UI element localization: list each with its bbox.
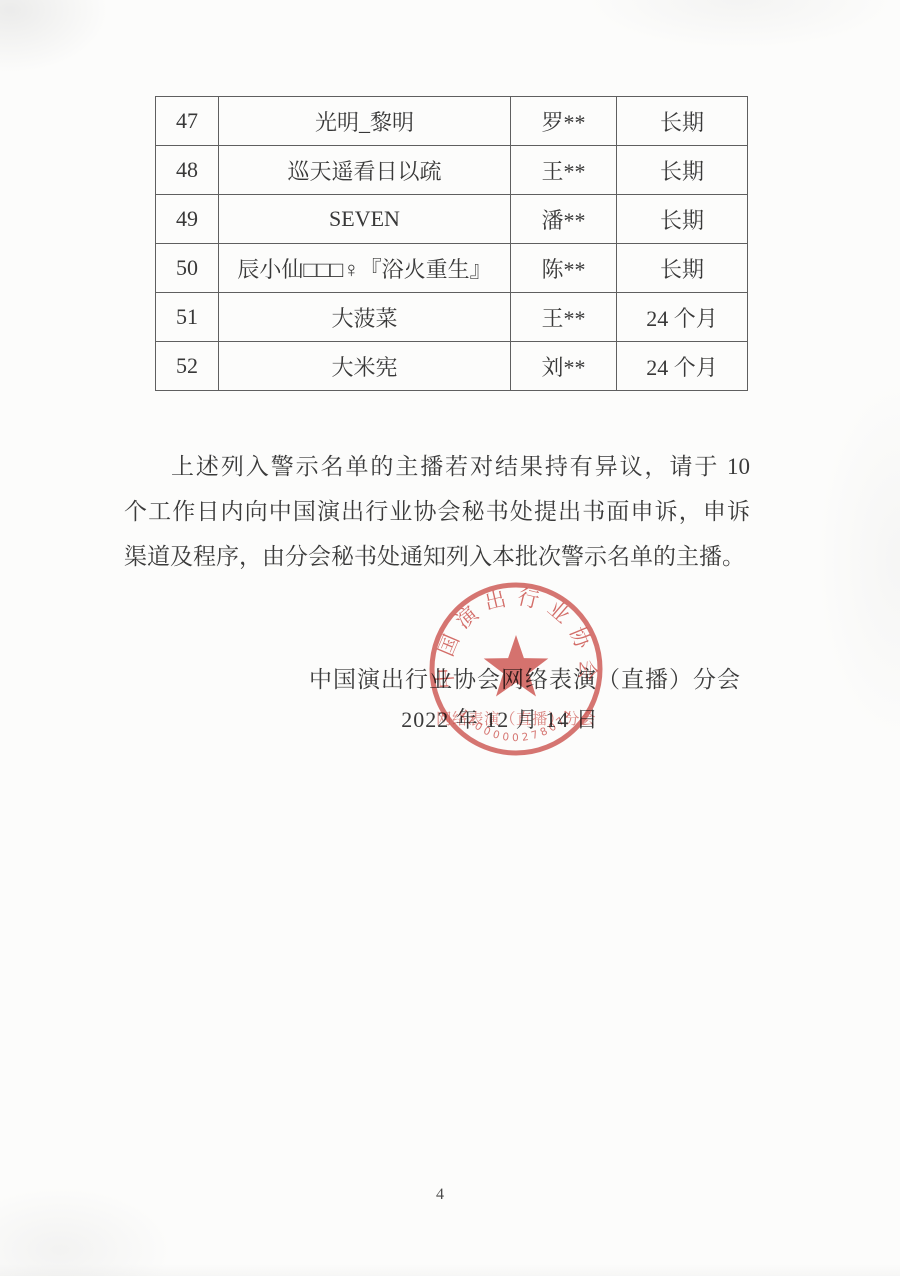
cell-number: 51 xyxy=(156,293,219,342)
cell-duration: 长期 xyxy=(617,244,748,293)
warning-table-body: 47 光明_黎明 罗** 长期 48 巡天遥看日以疏 王** 长期 49 SEV… xyxy=(156,97,748,391)
cell-number: 49 xyxy=(156,195,219,244)
cell-duration: 长期 xyxy=(617,195,748,244)
cell-nickname: 巡天遥看日以疏 xyxy=(219,146,511,195)
table-row: 49 SEVEN 潘** 长期 xyxy=(156,195,748,244)
cell-name: 潘** xyxy=(511,195,617,244)
warning-list-table: 47 光明_黎明 罗** 长期 48 巡天遥看日以疏 王** 长期 49 SEV… xyxy=(155,96,748,391)
page-number: 4 xyxy=(0,1186,880,1204)
cell-number: 50 xyxy=(156,244,219,293)
cell-number: 52 xyxy=(156,342,219,391)
appeal-line: 渠道及程序，由分会秘书处通知列入本批次警示名单的主播。 xyxy=(124,534,750,579)
cell-nickname: SEVEN xyxy=(219,195,511,244)
cell-name: 王** xyxy=(511,146,617,195)
cell-number: 48 xyxy=(156,146,219,195)
table-row: 48 巡天遥看日以疏 王** 长期 xyxy=(156,146,748,195)
cell-name: 王** xyxy=(511,293,617,342)
table-row: 52 大米宪 刘** 24 个月 xyxy=(156,342,748,391)
cell-name: 刘** xyxy=(511,342,617,391)
cell-nickname: 大米宪 xyxy=(219,342,511,391)
cell-duration: 24 个月 xyxy=(617,342,748,391)
table-row: 51 大菠菜 王** 24 个月 xyxy=(156,293,748,342)
table-row: 47 光明_黎明 罗** 长期 xyxy=(156,97,748,146)
table-row: 50 辰小仙□□□♀『浴火重生』 陈** 长期 xyxy=(156,244,748,293)
seal-star-icon xyxy=(484,635,549,697)
appeal-paragraph: 上述列入警示名单的主播若对结果持有异议，请于 10 个工作日内向中国演出行业协会… xyxy=(124,444,750,579)
appeal-line: 个工作日内向中国演出行业协会秘书处提出书面申诉，申诉 xyxy=(124,489,750,534)
cell-nickname: 大菠菜 xyxy=(219,293,511,342)
document-page: 47 光明_黎明 罗** 长期 48 巡天遥看日以疏 王** 长期 49 SEV… xyxy=(0,0,900,1276)
cell-duration: 长期 xyxy=(617,146,748,195)
cell-name: 陈** xyxy=(511,244,617,293)
cell-nickname: 辰小仙□□□♀『浴火重生』 xyxy=(219,244,511,293)
cell-nickname: 光明_黎明 xyxy=(219,97,511,146)
cell-name: 罗** xyxy=(511,97,617,146)
official-seal: 中国演出行业协会 网络表演（直播）分会 1100000278074 xyxy=(428,581,604,757)
cell-duration: 24 个月 xyxy=(617,293,748,342)
cell-number: 47 xyxy=(156,97,219,146)
cell-duration: 长期 xyxy=(617,97,748,146)
appeal-line: 上述列入警示名单的主播若对结果持有异议，请于 10 xyxy=(124,444,750,489)
